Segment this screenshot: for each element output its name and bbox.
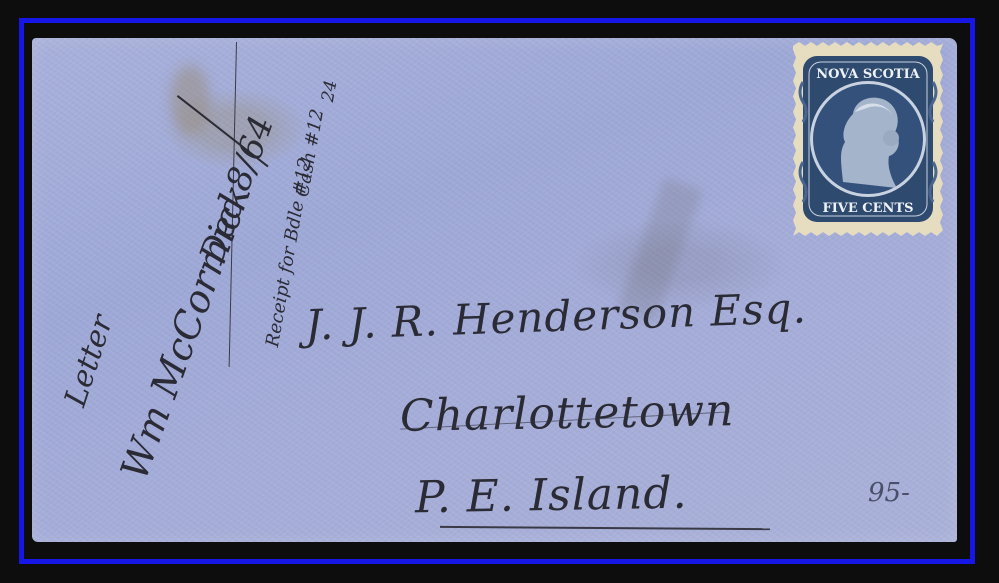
stain-mark	[170, 65, 210, 135]
postage-stamp: NOVA SCOTIA FIVE CENTS	[793, 42, 943, 236]
pencil-note: 95-	[868, 478, 910, 508]
address-line-province: P. E. Island.	[415, 468, 688, 524]
svg-text:NOVA SCOTIA: NOVA SCOTIA	[816, 67, 920, 82]
stamp-design-icon: NOVA SCOTIA FIVE CENTS	[793, 42, 943, 236]
svg-text:FIVE CENTS: FIVE CENTS	[822, 201, 913, 216]
docket-total: 24	[318, 79, 341, 104]
